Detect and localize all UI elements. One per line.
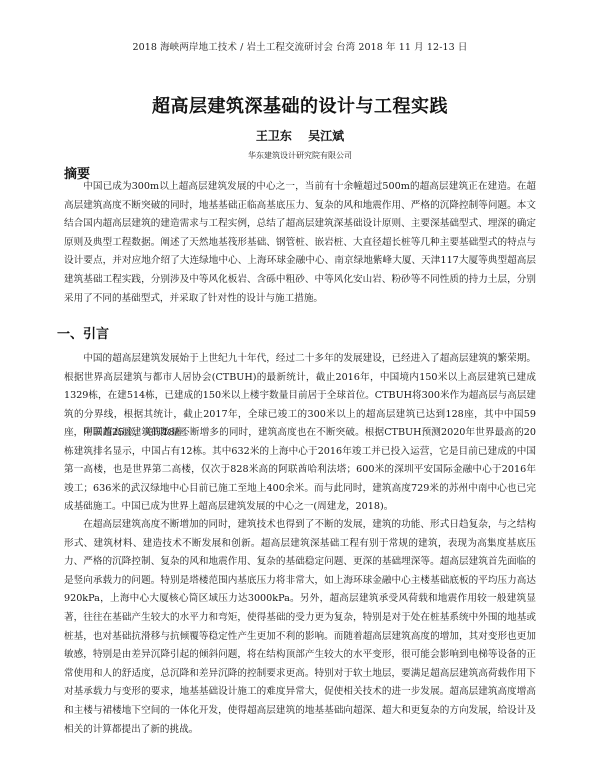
section-heading-introduction: 一、引言 <box>57 323 109 342</box>
body-paragraph: 中国超高层建筑的数量不断增多的同时，建筑高度也在不断突破。根据CTBUH预测20… <box>64 424 536 517</box>
paper-title: 超高层建筑深基础的设计与工程实践 <box>0 92 600 118</box>
body-paragraph: 在超高层建筑高度不断增加的同时，建筑技术也得到了不断的发展，建筑的功能、形式日趋… <box>64 516 536 739</box>
affiliation: 华东建筑设计研究院有限公司 <box>0 150 600 161</box>
abstract-text: 中国已成为300m以上超高层建筑发展的中心之一，当前有十余幢超过500m的超高层… <box>64 178 536 308</box>
running-header: 2018 海峡两岸地工技术 / 岩土工程交流研讨会 台湾 2018 年 11 月… <box>0 39 600 53</box>
author-name: 王卫东 <box>256 129 292 143</box>
author-list: 王卫东 吴江斌 <box>0 127 600 144</box>
author-name: 吴江斌 <box>308 129 344 143</box>
